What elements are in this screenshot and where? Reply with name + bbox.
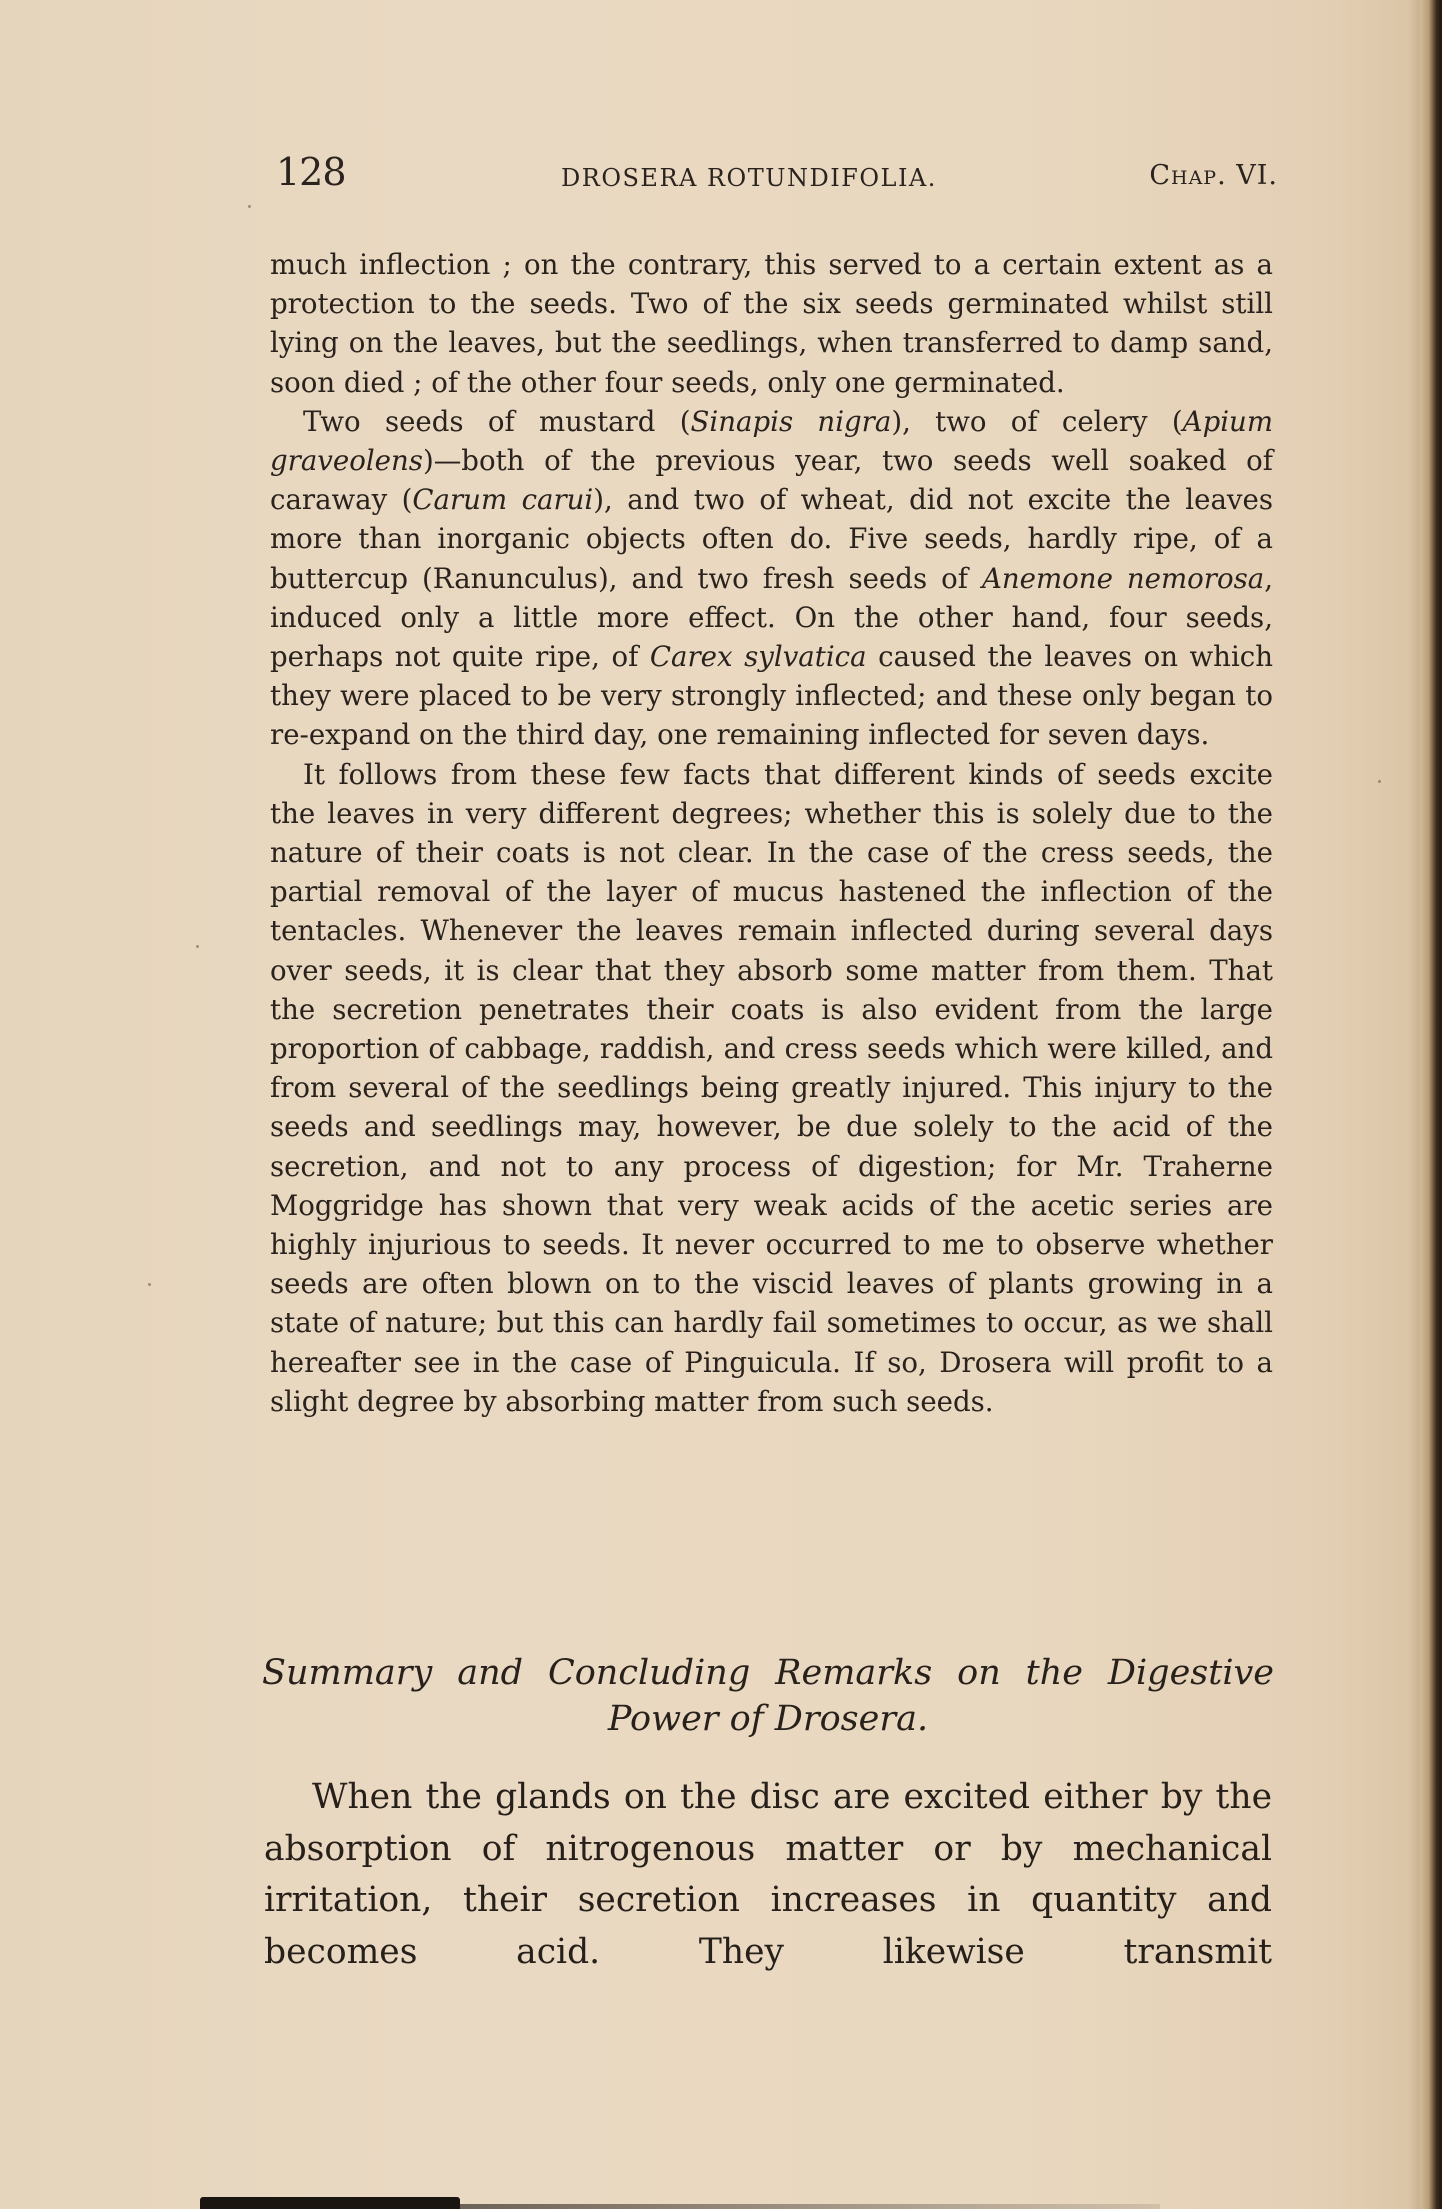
scan-speck: [148, 1283, 151, 1286]
text-run: Two seeds of mustard (: [303, 405, 691, 438]
page-edge-right: [1420, 0, 1442, 2209]
scan-speck: [1378, 780, 1381, 783]
body-paragraph-3: It follows from these few facts that dif…: [270, 755, 1273, 1421]
text-run: It follows from these few facts that dif…: [270, 758, 1273, 1418]
italic-species-name: Ane­mone nemorosa: [982, 562, 1264, 595]
page-gutter-shadow: [1408, 0, 1420, 2209]
body-paragraph-2: Two seeds of mustard (Sinapis nigra), tw…: [270, 402, 1273, 755]
section-heading: Summary and Concluding Remarks on the Di…: [262, 1650, 1274, 1742]
page-number: 128: [276, 150, 346, 194]
chapter-label: Chap. VI.: [1149, 160, 1278, 191]
summary-paragraph: When the glands on the disc are excited …: [264, 1772, 1272, 1978]
scan-bottom-shadow: [200, 2197, 460, 2209]
text-run: much inflection ; on the contrary, this …: [270, 248, 1273, 399]
section-heading-line-1: Summary and Concluding Remarks on the Di…: [262, 1650, 1274, 1696]
scan-bottom-edge: [460, 2204, 1160, 2209]
section-heading-line-2: Power of Drosera.: [262, 1696, 1274, 1742]
italic-species-name: Sinapis nigra: [691, 405, 892, 438]
page-header: 128 DROSERA ROTUNDIFOLIA. Chap. VI.: [276, 150, 1276, 200]
scan-speck: [196, 945, 199, 948]
summary-section: When the glands on the disc are excited …: [264, 1772, 1272, 1978]
body-paragraph-1: much inflection ; on the contrary, this …: [270, 245, 1273, 402]
scan-speck: [248, 205, 251, 208]
running-title: DROSERA ROTUNDIFOLIA.: [561, 164, 937, 192]
italic-species-name: Carum carui: [412, 483, 593, 516]
body-text: much inflection ; on the contrary, this …: [270, 245, 1273, 1421]
text-run: ), two of celery (: [891, 405, 1182, 438]
italic-species-name: Carex sylvatica: [650, 640, 867, 673]
